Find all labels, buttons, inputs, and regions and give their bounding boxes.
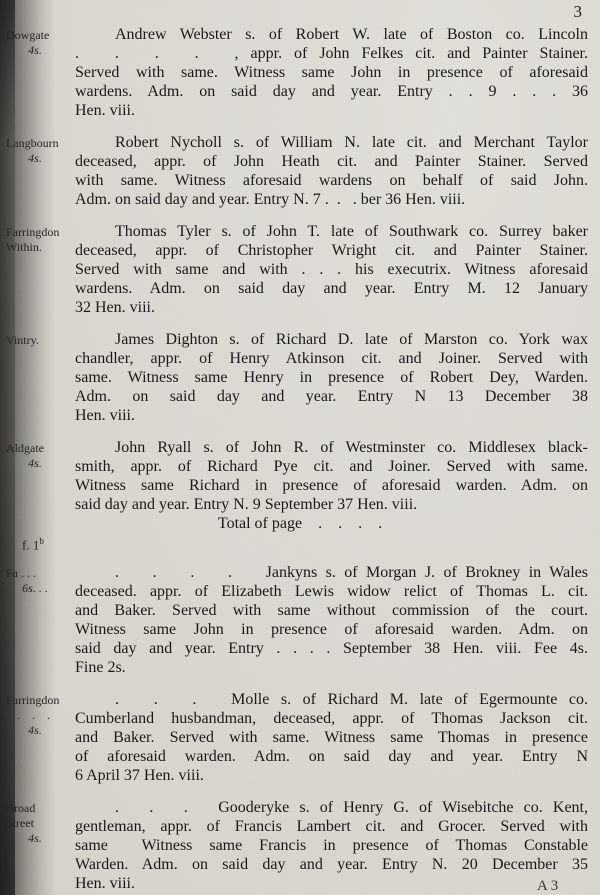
entry-text-line: 6 April 37 Hen. viii. <box>75 766 588 785</box>
margin-note-place: Fa . . . <box>0 566 70 581</box>
entry-text-line: Hen. viii. <box>75 406 588 425</box>
margin-note-fee: 4s. <box>0 151 70 166</box>
entry-text: James Dighton s. of Richard D. late of M… <box>75 330 588 425</box>
margin-note: Vintry. <box>0 333 70 348</box>
entry-text-line: said day and year. Entry N. 9 September … <box>75 495 588 514</box>
entry-text-line: . . . Gooderyke s. of Henry G. of Wisebi… <box>75 798 588 817</box>
margin-note-fee: 4s. <box>0 43 70 58</box>
entry-text-line: and Baker. Served with same without comm… <box>75 601 588 620</box>
entry-text: . . . Gooderyke s. of Henry G. of Wisebi… <box>75 798 588 893</box>
entry-text-line: James Dighton s. of Richard D. late of M… <box>75 330 588 349</box>
entry-text: . . . Molle s. of Richard M. late of Ege… <box>75 690 588 785</box>
margin-note-place: Within. <box>0 240 70 255</box>
entry-text-line: same. Witness same Henry in presence of … <box>75 368 588 387</box>
entry-text-line: Served with same and with . . . his exec… <box>75 260 588 279</box>
entry-text-line: Thomas Tyler s. of John T. late of South… <box>75 222 588 241</box>
entry-text-line: Witness same John in presence of aforesa… <box>75 620 588 639</box>
entry-text-line: smith, appr. of Richard Pye cit. and Joi… <box>75 457 588 476</box>
margin-note: Farringdon. . . .4s. <box>0 693 70 738</box>
entries-section-top: Dowgate4s. Andrew Webster s. of Robert W… <box>0 25 600 514</box>
entry-text-line: deceased, appr. of Christopher Wright ci… <box>75 241 588 260</box>
register-entry: Aldgate4s. John Ryall s. of John R. of W… <box>0 438 600 514</box>
entry-text-line: Adm. on said day and year. Entry N 13 De… <box>75 387 588 406</box>
folio-note-base: f. 1 <box>22 537 39 552</box>
entry-text-line: with same. Witness aforesaid wardens on … <box>75 171 588 190</box>
entry-text-line: deceased. appr. of Elizabeth Lewis widow… <box>75 582 588 601</box>
register-entry: BroadStreet4s. . . . Gooderyke s. of Hen… <box>0 798 600 893</box>
entry-text-line: of aforesaid warden. Adm. on said day an… <box>75 747 588 766</box>
entry-text-line: Cumberland husbandman, deceased, appr. o… <box>75 709 588 728</box>
scanned-register-page: 3 Dowgate4s. Andrew Webster s. of Robert… <box>0 0 600 895</box>
entry-text-line: John Ryall s. of John R. of Westminster … <box>75 438 588 457</box>
margin-note: Langbourn4s. <box>0 136 70 166</box>
entry-text-line: . . . Molle s. of Richard M. late of Ege… <box>75 690 588 709</box>
entry-text-line: Robert Nycholl s. of William N. late cit… <box>75 133 588 152</box>
entry-text-line: and Baker. Served with same. Witness sam… <box>75 728 588 747</box>
register-entry: FarringdonWithin. Thomas Tyler s. of Joh… <box>0 222 600 317</box>
entries-section-bottom: Fa . . .6s. . . . . . . Jankyns s. of Mo… <box>0 563 600 893</box>
entry-text-line: . . . . Jankyns s. of Morgan J. of Brokn… <box>75 563 588 582</box>
margin-note: Fa . . .6s. . . <box>0 566 70 596</box>
entry-text-line: Hen. viii. <box>75 874 588 893</box>
margin-note-place: Vintry. <box>0 333 70 348</box>
margin-note: Dowgate4s. <box>0 28 70 58</box>
entry-text-line: wardens. Adm. on said day and year. Entr… <box>75 82 588 101</box>
entry-text-line: deceased, appr. of John Heath cit. and P… <box>75 152 588 171</box>
margin-note-fee: 4s. <box>0 723 70 738</box>
margin-note-dots: . . . . <box>0 708 70 723</box>
margin-note-place: Broad <box>0 801 70 816</box>
margin-note: FarringdonWithin. <box>0 225 70 255</box>
margin-note-place: Langbourn <box>0 136 70 151</box>
entry-text-line: chandler, appr. of Henry Atkinson cit. a… <box>75 349 588 368</box>
margin-note-fee: 4s. <box>0 456 70 471</box>
margin-note-place: Aldgate <box>0 441 70 456</box>
margin-note-place: Street <box>0 816 70 831</box>
entry-text-line: Warden. Adm. on said day and year. Entry… <box>75 855 588 874</box>
entry-text: Robert Nycholl s. of William N. late cit… <box>75 133 588 209</box>
margin-note-place: Dowgate <box>0 28 70 43</box>
entry-text-line: . . . . , appr. of John Felkes cit. and … <box>75 44 588 63</box>
margin-note: Aldgate4s. <box>0 441 70 471</box>
margin-note-place: Farringdon <box>0 693 70 708</box>
entry-text: . . . . Jankyns s. of Morgan J. of Brokn… <box>75 563 588 677</box>
register-entry: Langbourn4s. Robert Nycholl s. of Willia… <box>0 133 600 209</box>
entry-text-line: Fine 2s. <box>75 658 588 677</box>
entry-text-line: 32 Hen. viii. <box>75 298 588 317</box>
entry-text: Thomas Tyler s. of John T. late of South… <box>75 222 588 317</box>
entry-text-line: wardens. Adm. on said day and year. Entr… <box>75 279 588 298</box>
margin-note-place: Farringdon <box>0 225 70 240</box>
entry-text-line: Adm. on said day and year. Entry N. 7 . … <box>75 190 588 209</box>
total-of-page-line: Total of page . . . . <box>0 514 600 533</box>
entry-text: John Ryall s. of John R. of Westminster … <box>75 438 588 514</box>
signature-mark: A 3 <box>537 878 558 895</box>
register-entry: Vintry. James Dighton s. of Richard D. l… <box>0 330 600 425</box>
register-entry: Farringdon. . . .4s. . . . Molle s. of R… <box>0 690 600 785</box>
entry-text: Andrew Webster s. of Robert W. late of B… <box>75 25 588 120</box>
entry-text-line: Andrew Webster s. of Robert W. late of B… <box>75 25 588 44</box>
margin-note-fee: 6s. . . <box>0 581 70 596</box>
register-entry: Fa . . .6s. . . . . . . Jankyns s. of Mo… <box>0 563 600 677</box>
margin-note: BroadStreet4s. <box>0 801 70 846</box>
entry-text-line: Witness same Richard in presence of afor… <box>75 476 588 495</box>
page-content: Dowgate4s. Andrew Webster s. of Robert W… <box>0 0 600 893</box>
register-entry: Dowgate4s. Andrew Webster s. of Robert W… <box>0 25 600 120</box>
entry-text-line: Served with same. Witness same John in p… <box>75 63 588 82</box>
entry-text-line: Hen. viii. <box>75 101 588 120</box>
margin-note-fee: 4s. <box>0 831 70 846</box>
entry-text-line: gentleman, appr. of Francis Lambert cit.… <box>75 817 588 836</box>
entry-text-line: same Witness same Francis in presence of… <box>75 836 588 855</box>
folio-note-superscript: b <box>39 536 44 546</box>
entry-text-line: said day and year. Entry . . . . Septemb… <box>75 639 588 658</box>
folio-note: f. 1b <box>0 535 600 551</box>
